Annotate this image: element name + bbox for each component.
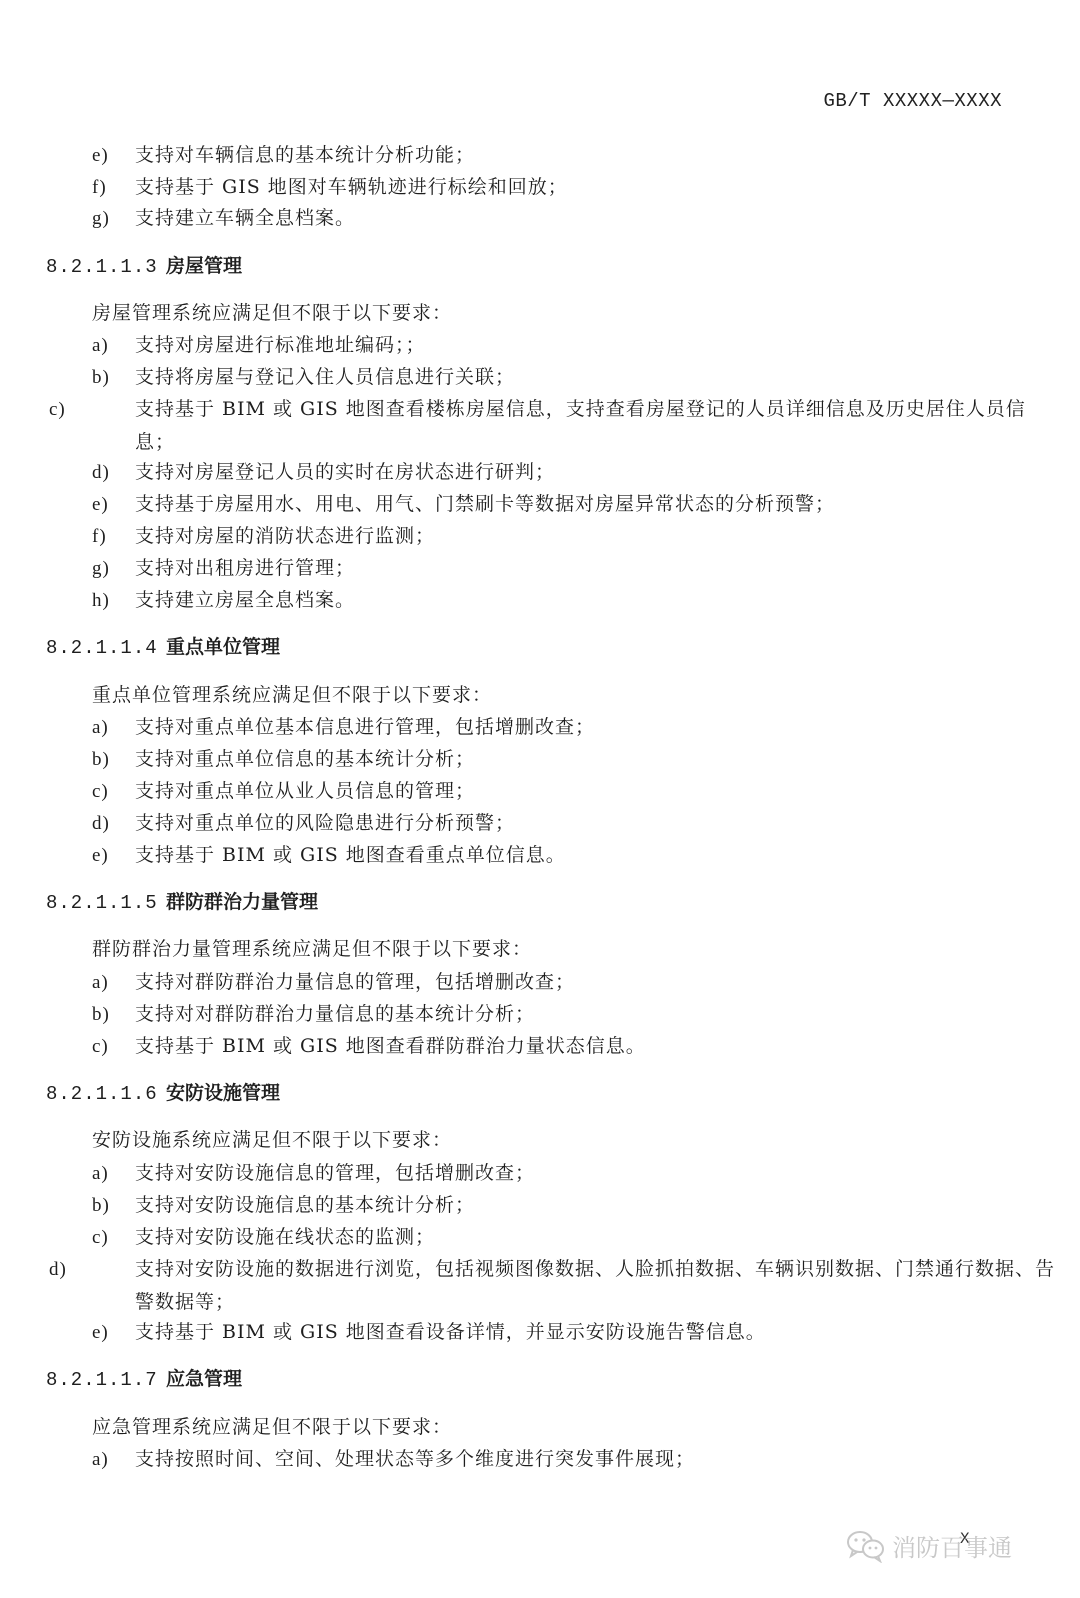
list-text: 支持建立房屋全息档案。 xyxy=(135,589,355,611)
list-item: e)支持基于 BIM 或 GIS 地图查看重点单位信息。 xyxy=(92,839,566,872)
section-title: 群防群治力量管理 xyxy=(166,891,318,913)
section-intro: 房屋管理系统应满足但不限于以下要求： xyxy=(92,297,452,329)
section-intro: 应急管理系统应满足但不限于以下要求： xyxy=(92,1411,452,1443)
list-text: 支持对车辆信息的基本统计分析功能； xyxy=(135,144,475,166)
list-item: a)支持对群防群治力量信息的管理，包括增删改查； xyxy=(92,966,575,999)
section-heading-key-units: 8.2.1.1.4重点单位管理 xyxy=(46,631,280,664)
list-text: 支持基于 BIM 或 GIS 地图查看群防群治力量状态信息。 xyxy=(135,1035,646,1057)
list-marker: a) xyxy=(92,330,135,362)
document-page: GB/T XXXXX—XXXX e)支持对车辆信息的基本统计分析功能； f)支持… xyxy=(0,0,1080,1598)
list-text: 支持对重点单位的风险隐患进行分析预警； xyxy=(135,812,515,834)
list-marker: c) xyxy=(92,1222,135,1254)
list-text: 支持对房屋登记人员的实时在房状态进行研判； xyxy=(135,461,555,483)
section-intro: 安防设施系统应满足但不限于以下要求： xyxy=(92,1124,452,1156)
list-marker: a) xyxy=(92,712,135,744)
list-item: e)支持基于房屋用水、用电、用气、门禁刷卡等数据对房屋异常状态的分析预警； xyxy=(92,488,835,521)
list-text: 支持对房屋进行标准地址编码；； xyxy=(135,334,426,356)
list-marker: c) xyxy=(92,394,135,426)
section-number: 8.2.1.1.6 xyxy=(46,1078,166,1110)
list-marker: h) xyxy=(92,585,135,617)
list-item: f)支持基于 GIS 地图对车辆轨迹进行标绘和回放； xyxy=(92,171,568,204)
list-item: c)支持对重点单位从业人员信息的管理； xyxy=(92,775,475,808)
list-text: 支持对对群防群治力量信息的基本统计分析； xyxy=(135,1003,535,1025)
watermark: 消防百事通 xyxy=(846,1528,1012,1563)
list-text: 支持将房屋与登记入住人员信息进行关联； xyxy=(135,366,515,388)
list-text: 支持对重点单位信息的基本统计分析； xyxy=(135,748,475,770)
list-item: f)支持对房屋的消防状态进行监测； xyxy=(92,520,435,553)
section-intro: 群防群治力量管理系统应满足但不限于以下要求： xyxy=(92,933,532,965)
list-text: 支持基于房屋用水、用电、用气、门禁刷卡等数据对房屋异常状态的分析预警； xyxy=(135,493,835,515)
list-text: 支持基于 BIM 或 GIS 地图查看设备详情，并显示安防设施告警信息。 xyxy=(135,1321,766,1343)
list-item: g)支持建立车辆全息档案。 xyxy=(92,202,355,235)
list-item: d)支持对重点单位的风险隐患进行分析预警； xyxy=(92,807,515,840)
list-item: g)支持对出租房进行管理； xyxy=(92,552,355,585)
list-item: c)支持对安防设施在线状态的监测； xyxy=(92,1221,435,1254)
section-heading-security-facilities: 8.2.1.1.6安防设施管理 xyxy=(46,1077,280,1110)
list-item: d)支持对房屋登记人员的实时在房状态进行研判； xyxy=(92,456,555,489)
list-text: 支持对出租房进行管理； xyxy=(135,557,355,579)
list-marker: b) xyxy=(92,999,135,1031)
list-item: a)支持对安防设施信息的管理，包括增删改查； xyxy=(92,1157,535,1190)
list-text: 支持基于 BIM 或 GIS 地图查看楼栋房屋信息，支持查看房屋登记的人员详细信… xyxy=(135,398,1026,453)
list-marker: e) xyxy=(92,1317,135,1349)
list-item: b)支持对安防设施信息的基本统计分析； xyxy=(92,1189,475,1222)
list-marker: c) xyxy=(92,1031,135,1063)
list-item: d)支持对安防设施的数据进行浏览，包括视频图像数据、人脸抓拍数据、车辆识别数据、… xyxy=(92,1253,1055,1318)
section-title: 重点单位管理 xyxy=(166,636,280,658)
list-text: 支持对群防群治力量信息的管理，包括增删改查； xyxy=(135,971,575,993)
list-marker: f) xyxy=(92,521,135,553)
list-text: 支持对安防设施信息的管理，包括增删改查； xyxy=(135,1162,535,1184)
list-item: c)支持基于 BIM 或 GIS 地图查看楼栋房屋信息，支持查看房屋登记的人员详… xyxy=(92,393,1055,458)
list-item: a)支持按照时间、空间、处理状态等多个维度进行突发事件展现； xyxy=(92,1443,695,1476)
list-item: e)支持对车辆信息的基本统计分析功能； xyxy=(92,139,475,172)
list-text: 支持基于 BIM 或 GIS 地图查看重点单位信息。 xyxy=(135,844,566,866)
section-number: 8.2.1.1.5 xyxy=(46,887,166,919)
list-marker: a) xyxy=(92,1444,135,1476)
list-item: e)支持基于 BIM 或 GIS 地图查看设备详情，并显示安防设施告警信息。 xyxy=(92,1316,766,1349)
list-text: 支持对重点单位从业人员信息的管理； xyxy=(135,780,475,802)
section-heading-emergency: 8.2.1.1.7应急管理 xyxy=(46,1363,242,1396)
section-heading-mass-prevention: 8.2.1.1.5群防群治力量管理 xyxy=(46,886,318,919)
section-number: 8.2.1.1.7 xyxy=(46,1364,166,1396)
list-item: b)支持对对群防群治力量信息的基本统计分析； xyxy=(92,998,535,1031)
list-marker: d) xyxy=(92,457,135,489)
list-text: 支持对安防设施的数据进行浏览，包括视频图像数据、人脸抓拍数据、车辆识别数据、门禁… xyxy=(135,1258,1055,1313)
list-marker: e) xyxy=(92,489,135,521)
section-heading-housing: 8.2.1.1.3房屋管理 xyxy=(46,250,242,283)
list-item: b)支持对重点单位信息的基本统计分析； xyxy=(92,743,475,776)
list-text: 支持按照时间、空间、处理状态等多个维度进行突发事件展现； xyxy=(135,1448,695,1470)
list-marker: d) xyxy=(92,1254,135,1286)
list-item: a)支持对房屋进行标准地址编码；； xyxy=(92,329,426,362)
wechat-icon xyxy=(846,1529,886,1563)
list-marker: b) xyxy=(92,1190,135,1222)
section-number: 8.2.1.1.4 xyxy=(46,632,166,664)
list-text: 支持基于 GIS 地图对车辆轨迹进行标绘和回放； xyxy=(135,176,568,198)
list-text: 支持对安防设施在线状态的监测； xyxy=(135,1226,435,1248)
standard-code-header: GB/T XXXXX—XXXX xyxy=(823,90,1002,112)
list-text: 支持对房屋的消防状态进行监测； xyxy=(135,525,435,547)
list-text: 支持对重点单位基本信息进行管理，包括增删改查； xyxy=(135,716,595,738)
list-marker: f) xyxy=(92,172,135,204)
list-marker: g) xyxy=(92,553,135,585)
list-item: h)支持建立房屋全息档案。 xyxy=(92,584,355,617)
section-title: 安防设施管理 xyxy=(166,1082,280,1104)
list-marker: a) xyxy=(92,1158,135,1190)
list-item: b)支持将房屋与登记入住人员信息进行关联； xyxy=(92,361,515,394)
list-item: a)支持对重点单位基本信息进行管理，包括增删改查； xyxy=(92,711,595,744)
section-number: 8.2.1.1.3 xyxy=(46,251,166,283)
list-text: 支持建立车辆全息档案。 xyxy=(135,207,355,229)
list-marker: c) xyxy=(92,776,135,808)
list-item: c)支持基于 BIM 或 GIS 地图查看群防群治力量状态信息。 xyxy=(92,1030,646,1063)
list-marker: g) xyxy=(92,203,135,235)
list-marker: b) xyxy=(92,744,135,776)
list-marker: e) xyxy=(92,140,135,172)
list-text: 支持对安防设施信息的基本统计分析； xyxy=(135,1194,475,1216)
list-marker: a) xyxy=(92,967,135,999)
section-title: 应急管理 xyxy=(166,1368,242,1390)
section-intro: 重点单位管理系统应满足但不限于以下要求： xyxy=(92,679,492,711)
watermark-text: 消防百事通 xyxy=(892,1528,1012,1563)
list-marker: b) xyxy=(92,362,135,394)
section-title: 房屋管理 xyxy=(166,255,242,277)
list-marker: e) xyxy=(92,840,135,872)
list-marker: d) xyxy=(92,808,135,840)
